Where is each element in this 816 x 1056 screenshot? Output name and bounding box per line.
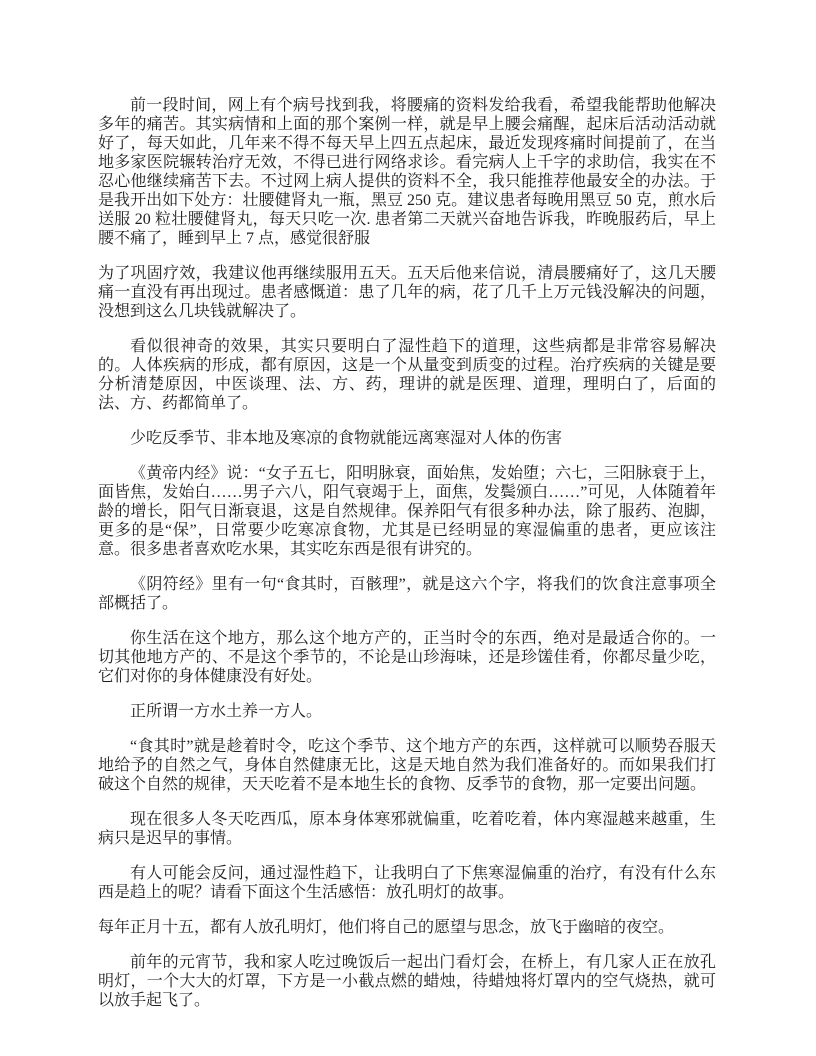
section-heading-food-advice: 少吃反季节、非本地及寒凉的食物就能远离寒湿对人体的伤害 [98, 429, 716, 448]
paragraph-back-pain-case: 前一段时间，网上有个病号找到我，将腰痛的资料发给我看，希望我能帮助他解决多年的痛… [98, 96, 716, 248]
paragraph-damp-principle: 看似很神奇的效果，其实只要明白了湿性趋下的道理，这些病都是非常容易解决的。人体疾… [98, 337, 716, 413]
paragraph-winter-watermelon: 现在很多人冬天吃西瓜，原本身体寒邪就偏重，吃着吃着，体内寒湿越来越重，生病只是迟… [98, 810, 716, 848]
paragraph-lantern-festival: 每年正月十五，都有人放孔明灯，他们将自己的愿望与思念，放飞于幽暗的夜空。 [98, 918, 716, 937]
paragraph-yinfujing-quote: 《阴符经》里有一句“食其时，百骸理”，就是这六个字，将我们的饮食注意事项全部概括… [98, 575, 716, 613]
paragraph-follow-up-treatment: 为了巩固疗效，我建议他再继续服用五天。五天后他来信说，清晨腰痛好了，这几天腰痛一… [98, 264, 716, 321]
paragraph-proverb: 正所谓一方水土养一方人。 [98, 702, 716, 721]
document-page: 前一段时间，网上有个病号找到我，将腰痛的资料发给我看，希望我能帮助他解决多年的痛… [0, 0, 816, 1056]
document-body: 前一段时间，网上有个病号找到我，将腰痛的资料发给我看，希望我能帮助他解决多年的痛… [98, 96, 716, 1010]
paragraph-huangdi-neijing-quote: 《黄帝内经》说：“女子五七，阳明脉衰，面始焦，发始堕；六七，三阳脉衰于上，面皆焦… [98, 464, 716, 559]
paragraph-eat-in-season: “食其时”就是趁着时令，吃这个季节、这个地方产的东西，这样就可以顺势吞服天地给予… [98, 737, 716, 794]
paragraph-rhetorical-question: 有人可能会反问，通过湿性趋下，让我明白了下焦寒湿偏重的治疗，有没有什么东西是趋上… [98, 864, 716, 902]
paragraph-local-seasonal-food: 你生活在这个地方，那么这个地方产的，正当时令的东西，绝对是最适合你的。一切其他地… [98, 629, 716, 686]
paragraph-lantern-story: 前年的元宵节，我和家人吃过晚饭后一起出门看灯会，在桥上，有几家人正在放孔明灯，一… [98, 953, 716, 1010]
